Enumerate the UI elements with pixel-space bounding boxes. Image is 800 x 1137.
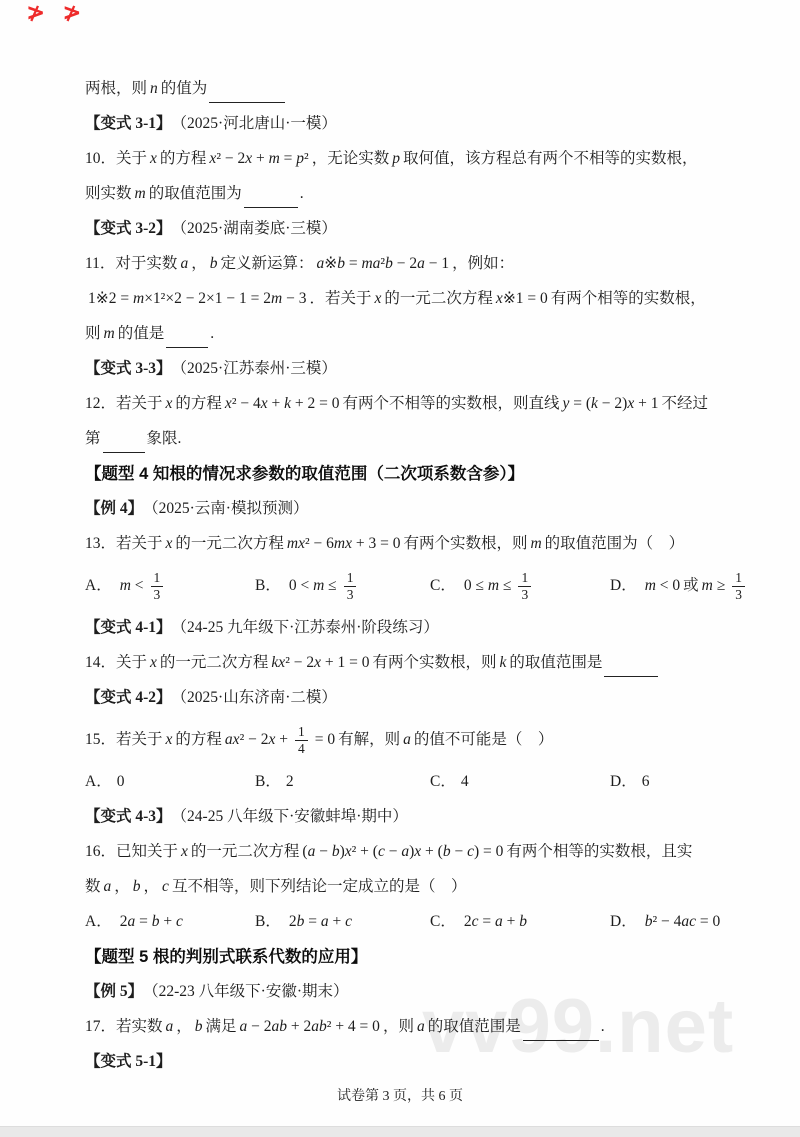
math-operator: ² − 2 [285, 653, 314, 673]
text-run: ， [114, 877, 130, 897]
text-run: 的一元二次方程 [384, 289, 493, 309]
math-variable: c [472, 912, 479, 932]
math-expression: b [133, 877, 141, 897]
text-run: 取何值，该方程总有两个不相等的实数根， [403, 149, 698, 169]
math-variable: kx [271, 653, 285, 673]
math-operator: + [159, 912, 176, 932]
text-line: 【变式 3-2】（2025·湖南娄底·三模） [85, 212, 760, 247]
fraction: 13 [732, 570, 745, 602]
text-line: 1※2 = m×1²×2 − 2×1 − 1 = 2m − 3．若关于x的一元二… [85, 282, 760, 317]
text-run: 第 [85, 429, 101, 449]
text-line: 【变式 3-3】（2025·江苏泰州·三模） [85, 352, 760, 387]
text-run: 6 [642, 772, 650, 792]
answer-blank [209, 85, 285, 103]
text-line: 则实数m的取值范围为. [85, 177, 760, 212]
text-run: 或 [683, 576, 699, 596]
text-run: 0 [117, 772, 125, 792]
text-run: 12．若关于 [85, 394, 163, 414]
text-run: 有两个不相等的实数根，则直线 [342, 394, 559, 414]
math-variable: b [133, 877, 141, 897]
math-variable: k [499, 653, 506, 673]
math-expression: x [181, 842, 188, 862]
text-run: 的方程 [175, 394, 222, 414]
text-run: 两根，则 [85, 79, 147, 99]
math-variable: a [403, 730, 411, 750]
option-label: B． [255, 576, 281, 596]
option-item: B．0 < m ≤13 [255, 570, 430, 602]
text-run: 的取值范围是 [509, 653, 602, 673]
math-expression: k [499, 653, 506, 673]
math-variable: x [166, 534, 173, 554]
fraction-denominator: 3 [518, 587, 531, 603]
bottom-strip [0, 1126, 800, 1137]
text-run: ，则 [383, 1017, 414, 1037]
math-expression: n [150, 79, 158, 99]
text-run: ， [176, 1017, 192, 1037]
option-label: A． [85, 912, 112, 932]
math-operator: ² − 4 [652, 912, 681, 932]
math-variable: x [314, 653, 321, 673]
text-line: 【例 4】（2025·云南·模拟预测） [85, 492, 760, 527]
section-heading: 【题型 5 根的判别式联系代数的应用】 [85, 940, 760, 975]
math-operator: ※1 = 0 [503, 289, 548, 309]
label-bold: 【变式 3-3】 [85, 359, 172, 379]
text-run: ．若关于 [310, 289, 372, 309]
text-run: ，无论实数 [312, 149, 390, 169]
option-label: C． [430, 576, 456, 596]
text-run: 的值为 [161, 79, 208, 99]
answer-blank [103, 435, 145, 453]
math-variable: k [591, 394, 598, 414]
math-variable: b [645, 912, 653, 932]
math-operator: + [252, 149, 269, 169]
math-expression: mx² − 6mx + 3 = 0 [287, 534, 401, 554]
option-label: D． [610, 772, 637, 792]
math-variable: ab [311, 1017, 327, 1037]
math-variable: x [209, 149, 216, 169]
math-operator: + 2 [287, 1017, 311, 1037]
text-line: 数a，b，c互不相等，则下列结论一定成立的是（ ） [85, 870, 760, 905]
math-expression: a [403, 730, 411, 750]
option-item: D．m < 0或m ≥13 [610, 570, 760, 602]
math-variable: m [271, 289, 282, 309]
math-variable: c [467, 842, 474, 862]
option-label: C． [430, 912, 456, 932]
math-expression: 2a = b + c [120, 912, 183, 932]
label-bold: 【变式 4-2】 [85, 688, 172, 708]
math-operator: − 2 [393, 254, 417, 274]
math-expression: a [180, 254, 188, 274]
math-operator: = [280, 149, 297, 169]
text-run: （2025·河北唐山·一模） [172, 114, 337, 134]
text-line: 【变式 4-2】（2025·山东济南·二模） [85, 681, 760, 716]
math-operator: − [385, 842, 402, 862]
math-expression: a [417, 1017, 425, 1037]
math-operator: = 0 [696, 912, 720, 932]
fraction-denominator: 3 [151, 587, 164, 603]
math-operator: + 1 = 0 [321, 653, 369, 673]
label-bold: 【变式 4-3】 [85, 807, 172, 827]
math-operator: < [131, 576, 144, 596]
text-run: 16．已知关于 [85, 842, 178, 862]
math-expression: x [150, 149, 157, 169]
math-variable: a [321, 912, 329, 932]
text-line: 【变式 4-3】（24-25 八年级下·安徽蚌埠·期中） [85, 800, 760, 835]
math-operator: ² − 4 [232, 394, 261, 414]
math-variable: x [150, 149, 157, 169]
math-expression: 2c = a + b [464, 912, 527, 932]
answer-blank [604, 659, 658, 677]
text-run: 定义新运算： [220, 254, 313, 274]
text-line: 两根，则n的值为 [85, 72, 760, 107]
math-operator: = [135, 912, 152, 932]
math-expression: b [210, 254, 218, 274]
document-body: 两根，则n的值为【变式 3-1】（2025·河北唐山·一模）10．关于x的方程x… [0, 0, 800, 1080]
math-operator: ×1²×2 − 2×1 − 1 = 2 [144, 289, 271, 309]
text-line: 【变式 5-1】 [85, 1045, 760, 1080]
math-variable: b [332, 842, 340, 862]
math-expression: x [166, 730, 173, 750]
math-operator: ² − 2 [240, 730, 269, 750]
fraction-denominator: 4 [295, 741, 308, 757]
math-variable: ax [225, 730, 240, 750]
math-variable: c [162, 877, 169, 897]
math-operator: − 2) [598, 394, 627, 414]
answer-blank [166, 330, 208, 348]
math-variable: a [417, 254, 425, 274]
math-operator: 2 [289, 912, 297, 932]
math-expression: a [104, 877, 112, 897]
math-variable: x [261, 394, 268, 414]
option-item: C．0 ≤ m ≤13 [430, 570, 610, 602]
text-run: 则 [85, 324, 101, 344]
text-run: 满足 [206, 1017, 237, 1037]
option-item: C．2c = a + b [430, 912, 610, 932]
math-variable: m [269, 149, 280, 169]
text-line: 11．对于实数a，b定义新运算：a※b = ma²b − 2a − 1，例如： [85, 247, 760, 282]
fraction-numerator: 1 [732, 570, 745, 587]
text-line: 10．关于x的方程x² − 2x + m = p²，无论实数p取何值，该方程总有… [85, 142, 760, 177]
answer-blank [244, 190, 298, 208]
math-operator: − [315, 842, 332, 862]
math-operator: + 2 = 0 [291, 394, 339, 414]
math-variable: y [562, 394, 569, 414]
math-variable: b [297, 912, 305, 932]
math-variable: m [530, 534, 541, 554]
fraction-numerator: 1 [295, 724, 308, 741]
math-variable: c [176, 912, 183, 932]
math-variable: x [166, 730, 173, 750]
text-run: 4 [461, 772, 469, 792]
math-operator: + 1 [634, 394, 658, 414]
math-expression: a※b = ma²b − 2a − 1 [316, 254, 449, 274]
math-variable: x [375, 289, 382, 309]
math-operator: ² + 4 = 0 [327, 1017, 380, 1037]
math-operator: < 0 [656, 576, 680, 596]
math-operator: 1※2 = [88, 289, 133, 309]
math-variable: p [296, 149, 304, 169]
label-bold: 【变式 3-2】 [85, 219, 172, 239]
math-variable: m [133, 289, 144, 309]
math-expression: y = (k − 2)x + 1 [562, 394, 658, 414]
math-operator: + [503, 912, 520, 932]
text-line: 第象限. [85, 422, 760, 457]
option-label: D． [610, 576, 637, 596]
text-run: 11．对于实数 [85, 254, 177, 274]
math-variable: x [245, 149, 252, 169]
math-expression: ax² − 2x + [225, 730, 288, 750]
text-run: （2025·江苏泰州·三模） [172, 359, 337, 379]
math-expression: b² − 4ac = 0 [645, 912, 721, 932]
fraction-numerator: 1 [518, 570, 531, 587]
label-bold: 【例 4】 [85, 499, 143, 519]
math-variable: a [104, 877, 112, 897]
math-variable: x [268, 730, 275, 750]
math-variable: a [316, 254, 324, 274]
fraction-numerator: 1 [151, 570, 164, 587]
text-line: 则m的值是. [85, 317, 760, 352]
text-run: 的值不可能是（ ） [414, 730, 554, 750]
math-expression: m < 0 [645, 576, 680, 596]
math-expression: m [104, 324, 115, 344]
math-variable: m [313, 576, 324, 596]
math-operator: = [345, 254, 362, 274]
math-operator: − 2 [247, 1017, 271, 1037]
math-operator: + [275, 730, 288, 750]
text-line: 14．关于x的一元二次方程kx² − 2x + 1 = 0有两个实数根，则k的取… [85, 646, 760, 681]
math-operator: − [451, 842, 468, 862]
math-variable: mx [334, 534, 352, 554]
math-variable: m [645, 576, 656, 596]
text-run: . [601, 1017, 605, 1037]
text-run: 10．关于 [85, 149, 147, 169]
text-run: 的值是 [118, 324, 165, 344]
math-operator: ≤ [324, 576, 336, 596]
worksheet-page: ≯≯ vv99.net 两根，则n的值为【变式 3-1】（2025·河北唐山·一… [0, 0, 800, 1137]
math-variable: c [345, 912, 352, 932]
math-expression: p [392, 149, 400, 169]
math-variable: x [166, 394, 173, 414]
math-expression: b [195, 1017, 203, 1037]
math-expression: a [166, 1017, 174, 1037]
math-operator: ※ [324, 254, 337, 274]
text-run: 13．若关于 [85, 534, 163, 554]
math-variable: a [308, 842, 316, 862]
text-run: 的一元二次方程 [175, 534, 284, 554]
math-variable: a [240, 1017, 248, 1037]
math-expression: m ≥ [702, 576, 726, 596]
options-row: A．2a = b + cB．2b = a + cC．2c = a + bD．b²… [85, 905, 760, 940]
math-expression: 2b = a + c [289, 912, 352, 932]
math-expression: x [150, 653, 157, 673]
math-variable: x [225, 394, 232, 414]
options-row: A．m <13B．0 < m ≤13C．0 ≤ m ≤13D．m < 0或m ≥… [85, 562, 760, 611]
math-operator: = [304, 912, 321, 932]
fraction-numerator: 1 [344, 570, 357, 587]
math-operator: ² − 2 [216, 149, 245, 169]
text-line: 17．若实数a，b满足a − 2ab + 2ab² + 4 = 0，则a的取值范… [85, 1010, 760, 1045]
text-run: （24-25 九年级下·江苏泰州·阶段练习） [172, 618, 439, 638]
math-variable: m [702, 576, 713, 596]
fraction-denominator: 3 [732, 587, 745, 603]
math-variable: n [150, 79, 158, 99]
label-bold: 【变式 5-1】 [85, 1052, 172, 1072]
math-expression: x [166, 534, 173, 554]
math-operator: + ( [421, 842, 443, 862]
text-run: 的一元二次方程 [160, 653, 269, 673]
math-operator: = [478, 912, 495, 932]
option-label: B． [255, 772, 281, 792]
math-variable: m [104, 324, 115, 344]
math-expression: x [166, 394, 173, 414]
math-variable: mx [287, 534, 305, 554]
math-variable: b [519, 912, 527, 932]
math-operator: ² − 6 [305, 534, 334, 554]
text-run: 的取值范围为 [149, 184, 242, 204]
math-variable: k [284, 394, 291, 414]
label-bold: 【变式 4-1】 [85, 618, 172, 638]
fraction: 13 [518, 570, 531, 602]
option-item: B．2 [255, 772, 430, 792]
text-run: ， [191, 254, 207, 274]
page-footer: 试卷第 3 页，共 6 页 [0, 1085, 800, 1105]
math-operator: ≤ [499, 576, 511, 596]
math-expression: a − 2ab + 2ab² + 4 = 0 [240, 1017, 380, 1037]
text-run: 有两个实数根，则 [372, 653, 496, 673]
math-variable: a [401, 842, 409, 862]
option-label: D． [610, 912, 637, 932]
math-variable: x [627, 394, 634, 414]
text-run: 有解，则 [338, 730, 400, 750]
text-run: 的方程 [175, 730, 222, 750]
answer-blank [523, 1023, 599, 1041]
option-label: A． [85, 576, 112, 596]
text-run: （24-25 八年级下·安徽蚌埠·期中） [172, 807, 408, 827]
text-run: 象限. [147, 429, 182, 449]
text-run: 有两个相等的实数根， [551, 289, 706, 309]
math-variable: b [152, 912, 160, 932]
math-operator: 0 < [289, 576, 313, 596]
label-bold: 【例 5】 [85, 982, 143, 1002]
text-line: 12．若关于x的方程x² − 4x + k + 2 = 0有两个不相等的实数根，… [85, 387, 760, 422]
fraction: 14 [295, 724, 308, 756]
math-expression: x² − 4x + k + 2 = 0 [225, 394, 340, 414]
text-run: （2025·湖南娄底·三模） [172, 219, 337, 239]
math-operator: 2 [120, 912, 128, 932]
math-variable: x [345, 842, 352, 862]
text-line: 16．已知关于x的一元二次方程(a − b)x² + (c − a)x + (b… [85, 835, 760, 870]
math-operator: = 0 [315, 730, 335, 750]
math-expression: x [375, 289, 382, 309]
math-variable: b [195, 1017, 203, 1037]
math-expression: 0 ≤ m ≤ [464, 576, 512, 596]
text-run: 的取值范围为（ ） [545, 534, 685, 554]
math-variable: a [180, 254, 188, 274]
math-variable: b [385, 254, 393, 274]
text-run: 则实数 [85, 184, 132, 204]
option-item: B．2b = a + c [255, 912, 430, 932]
math-operator: + [268, 394, 285, 414]
math-variable: ac [681, 912, 696, 932]
math-variable: a [495, 912, 503, 932]
text-run: 有两个实数根，则 [403, 534, 527, 554]
text-run: . [300, 184, 304, 204]
text-line: 15．若关于x的方程ax² − 2x +14= 0有解，则a的值不可能是（ ） [85, 716, 760, 765]
option-label: C． [430, 772, 456, 792]
text-line: 【变式 4-1】（24-25 九年级下·江苏泰州·阶段练习） [85, 611, 760, 646]
text-run: 的方程 [160, 149, 207, 169]
math-operator: 0 ≤ [464, 576, 488, 596]
text-run: ， [144, 877, 160, 897]
fraction: 13 [151, 570, 164, 602]
math-variable: b [210, 254, 218, 274]
text-line: 【例 5】（22-23 八年级下·安徽·期末） [85, 975, 760, 1010]
math-variable: ab [272, 1017, 288, 1037]
math-operator: ) = 0 [474, 842, 503, 862]
text-run: （2025·山东济南·二模） [172, 688, 337, 708]
fraction-denominator: 3 [344, 587, 357, 603]
text-run: 17．若实数 [85, 1017, 163, 1037]
math-variable: b [337, 254, 345, 274]
text-run: 15．若关于 [85, 730, 163, 750]
math-expression: x※1 = 0 [496, 289, 548, 309]
math-expression: (a − b)x² + (c − a)x + (b − c) = 0 [302, 842, 503, 862]
math-variable: a [417, 1017, 425, 1037]
math-variable: ma [361, 254, 380, 274]
option-item: A．0 [85, 772, 255, 792]
math-operator: ≥ [713, 576, 725, 596]
text-run: 互不相等，则下列结论一定成立的是（ ） [172, 877, 467, 897]
option-label: B． [255, 912, 281, 932]
math-variable: m [120, 576, 131, 596]
text-line: 【变式 3-1】（2025·河北唐山·一模） [85, 107, 760, 142]
text-run: . [210, 324, 214, 344]
option-item: C．4 [430, 772, 610, 792]
math-expression: m [135, 184, 146, 204]
text-run: 不经过 [661, 394, 708, 414]
math-operator: 2 [464, 912, 472, 932]
options-row: A．0B．2C．4D．6 [85, 765, 760, 800]
math-operator: + 3 = 0 [352, 534, 400, 554]
text-run: 的取值范围是 [428, 1017, 521, 1037]
math-variable: c [378, 842, 385, 862]
math-variable: m [135, 184, 146, 204]
text-run: 数 [85, 877, 101, 897]
math-operator: = ( [569, 394, 591, 414]
text-run: 2 [286, 772, 294, 792]
math-expression: = 0 [315, 730, 335, 750]
math-expression: kx² − 2x + 1 = 0 [271, 653, 369, 673]
math-expression: c [162, 877, 169, 897]
math-expression: 0 < m ≤ [289, 576, 337, 596]
math-variable: x [150, 653, 157, 673]
math-variable: p [392, 149, 400, 169]
math-variable: b [443, 842, 451, 862]
option-item: A．m <13 [85, 570, 255, 602]
math-operator: − 1 [425, 254, 449, 274]
text-run: 的一元二次方程 [191, 842, 300, 862]
text-run: 14．关于 [85, 653, 147, 673]
math-variable: m [488, 576, 499, 596]
math-operator: + [329, 912, 346, 932]
text-line: 13．若关于x的一元二次方程mx² − 6mx + 3 = 0有两个实数根，则m… [85, 527, 760, 562]
math-expression: x² − 2x + m = p² [209, 149, 308, 169]
option-item: D．6 [610, 772, 760, 792]
text-run: （22-23 八年级下·安徽·期末） [143, 982, 348, 1002]
math-operator: ² [304, 149, 309, 169]
math-expression: m < [120, 576, 144, 596]
red-pen-marks: ≯≯ [26, 0, 99, 26]
